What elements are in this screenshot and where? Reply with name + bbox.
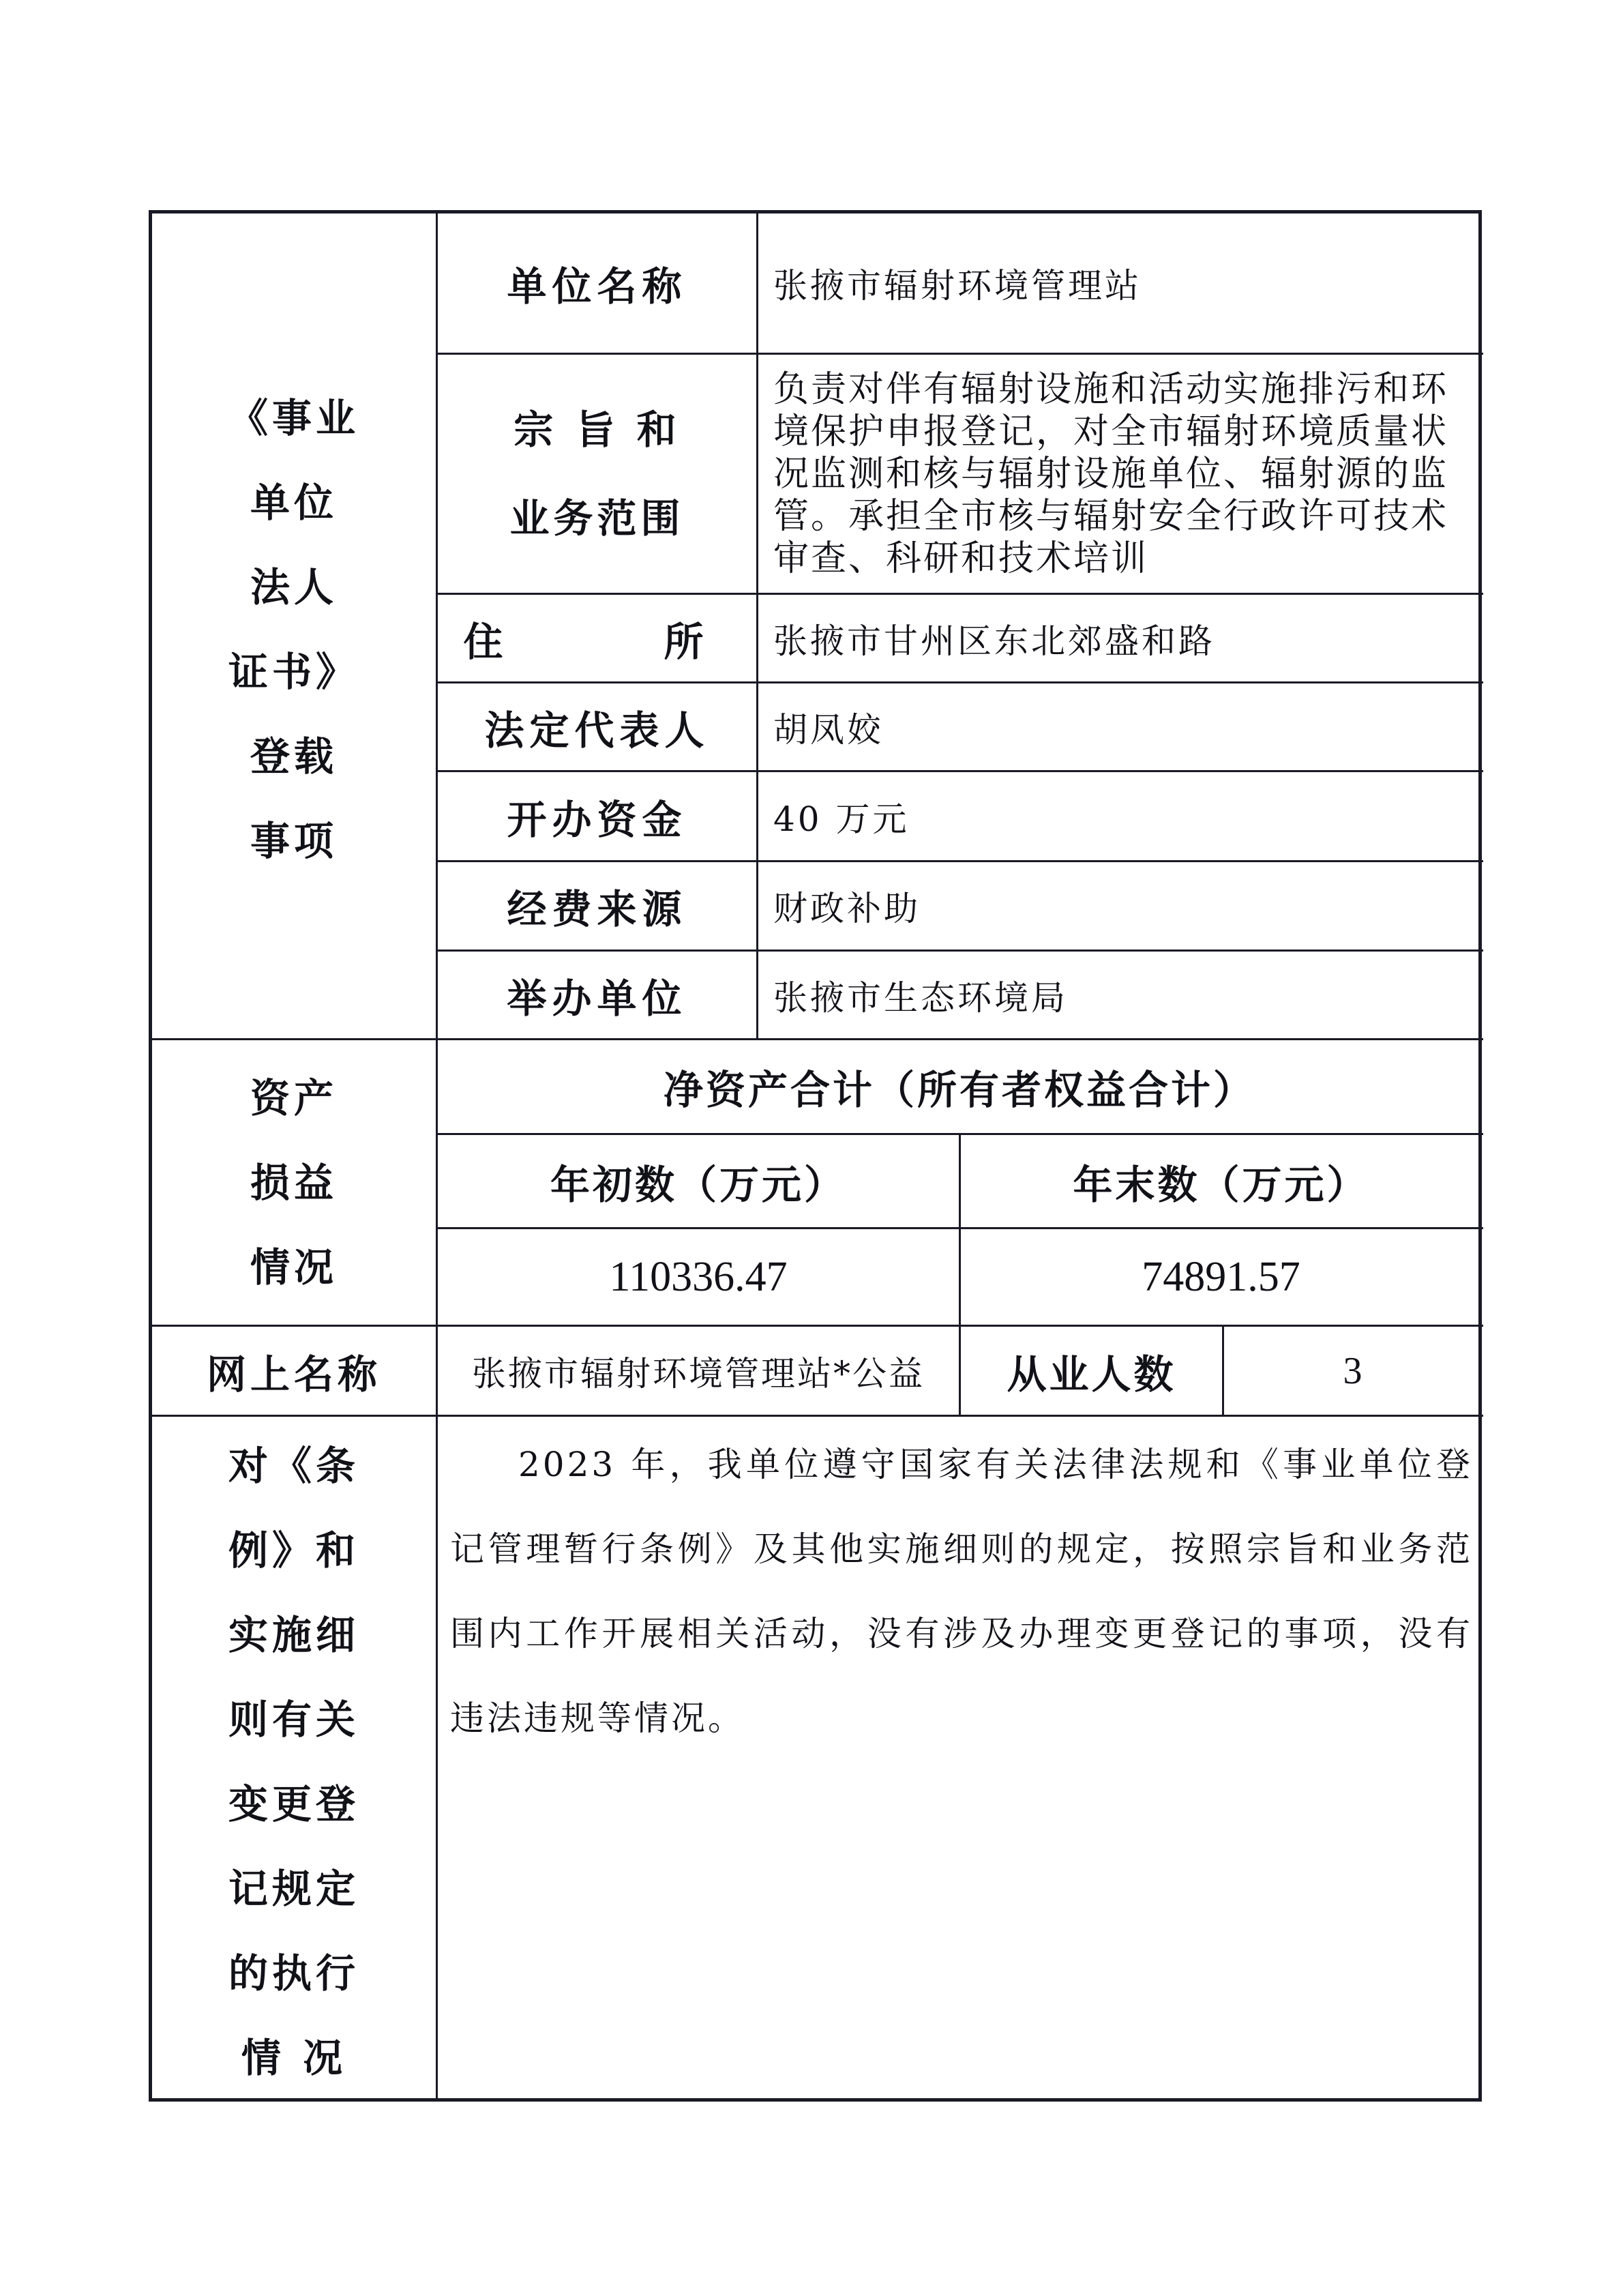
registration-label-line: 单位 xyxy=(250,460,338,545)
address-value: 张掖市甘州区东北郊盛和路 xyxy=(758,595,1481,681)
compliance-label-line: 则有关 xyxy=(228,1677,359,1762)
unit-name-label: 单位名称 xyxy=(438,214,756,353)
compliance-label-line: 对《条 xyxy=(228,1424,359,1508)
assets-section-label: 资产 损益 情况 xyxy=(152,1040,436,1325)
sponsor-unit-value: 张掖市生态环境局 xyxy=(758,952,1481,1038)
compliance-label-line: 情 况 xyxy=(241,2016,346,2100)
document-page: 《事业 单位 法人 证书》 登载 事项 单位名称 张掖市辐射环境管理站 宗 旨 … xyxy=(0,0,1623,2296)
compliance-label-line: 例》和 xyxy=(228,1508,359,1593)
registration-label-line: 证书》 xyxy=(228,630,359,714)
registration-section-label: 《事业 单位 法人 证书》 登载 事项 xyxy=(152,214,436,1038)
net-assets-header: 净资产合计（所有者权益合计） xyxy=(438,1040,1481,1133)
registration-label-line: 登载 xyxy=(250,714,338,799)
legal-representative-value: 胡凤姣 xyxy=(758,683,1481,770)
funding-source-value: 财政补助 xyxy=(758,862,1481,950)
registration-label-line: 事项 xyxy=(250,799,338,883)
compliance-label-line: 实施细 xyxy=(228,1593,359,1677)
registration-label-line: 《事业 xyxy=(228,376,359,460)
purpose-label-line: 宗 旨 和 xyxy=(513,385,680,474)
legal-representative-label: 法定代表人 xyxy=(438,683,756,770)
staff-count-value: 3 xyxy=(1224,1327,1481,1415)
startup-capital-value: 40 万元 xyxy=(758,772,1481,860)
compliance-statement: 2023 年，我单位遵守国家有关法律法规和《事业单位登记管理暂行条例》及其他实施… xyxy=(450,1422,1473,1761)
year-start-value: 110336.47 xyxy=(438,1229,959,1325)
purpose-label-line: 业务范围 xyxy=(509,474,684,563)
online-name-value: 张掖市辐射环境管理站*公益 xyxy=(438,1327,959,1415)
assets-label-line: 情况 xyxy=(250,1225,338,1310)
staff-count-label: 从业人数 xyxy=(961,1327,1222,1415)
assets-label-line: 资产 xyxy=(250,1056,338,1140)
purpose-scope-value: 负责对伴有辐射设施和活动实施排污和环境保护申报登记，对全市辐射环境质量状况监测和… xyxy=(758,355,1481,593)
year-start-header: 年初数（万元） xyxy=(438,1135,959,1227)
compliance-label-line: 记规定 xyxy=(228,1846,359,1931)
purpose-scope-label: 宗 旨 和 业务范围 xyxy=(438,355,756,593)
compliance-label-line: 变更登 xyxy=(228,1762,359,1846)
compliance-label-line: 的执行 xyxy=(228,1931,359,2016)
sponsor-unit-label: 举办单位 xyxy=(438,952,756,1038)
unit-name-value: 张掖市辐射环境管理站 xyxy=(758,214,1481,353)
address-label: 住 所 xyxy=(438,595,756,681)
year-end-header: 年末数（万元） xyxy=(961,1135,1481,1227)
online-name-label: 网上名称 xyxy=(152,1327,436,1415)
funding-source-label: 经费来源 xyxy=(438,862,756,950)
registration-label-line: 法人 xyxy=(250,545,338,630)
startup-capital-label: 开办资金 xyxy=(438,772,756,860)
assets-label-line: 损益 xyxy=(250,1140,338,1225)
year-end-value: 74891.57 xyxy=(961,1229,1481,1325)
compliance-section-label: 对《条 例》和 实施细 则有关 变更登 记规定 的执行 情 况 xyxy=(152,1417,436,2099)
